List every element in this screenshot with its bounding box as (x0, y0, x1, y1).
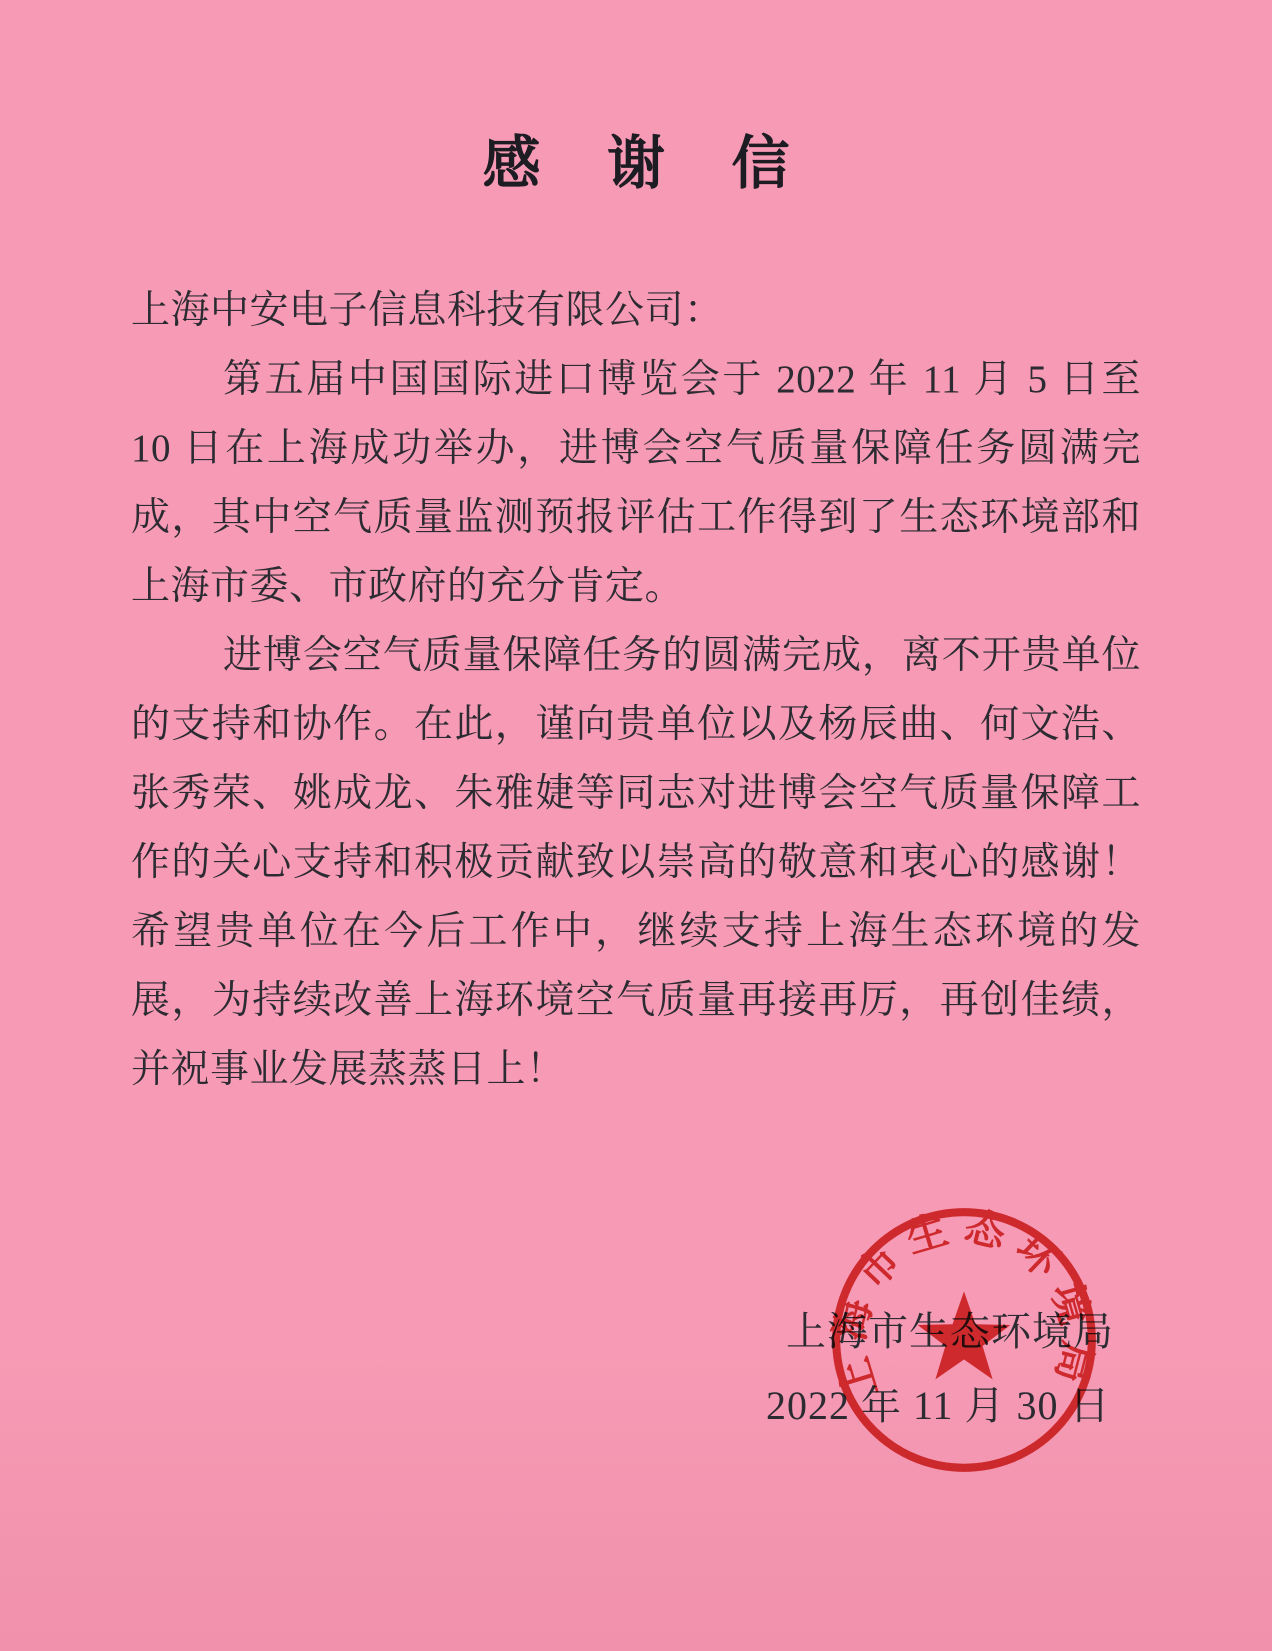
letter-title: 感 谢 信 (0, 116, 1272, 200)
letter-body: 上海中安电子信息科技有限公司： 第五届中国国际进口博览会于 2022 年 11 … (131, 276, 1141, 1104)
letter-page: 感 谢 信 上海中安电子信息科技有限公司： 第五届中国国际进口博览会于 2022… (0, 0, 1272, 1651)
recipient-line: 上海中安电子信息科技有限公司： (131, 276, 1141, 345)
official-seal-stamp: 上海市生态环境局 (822, 1198, 1106, 1482)
paragraph-1: 第五届中国国际进口博览会于 2022 年 11 月 5 日至 10 日在上海成功… (131, 345, 1141, 621)
paragraph-2: 进博会空气质量保障任务的圆满完成，离不开贵单位的支持和协作。在此，谨向贵单位以及… (131, 621, 1141, 1104)
seal-star-icon (918, 1291, 1011, 1379)
